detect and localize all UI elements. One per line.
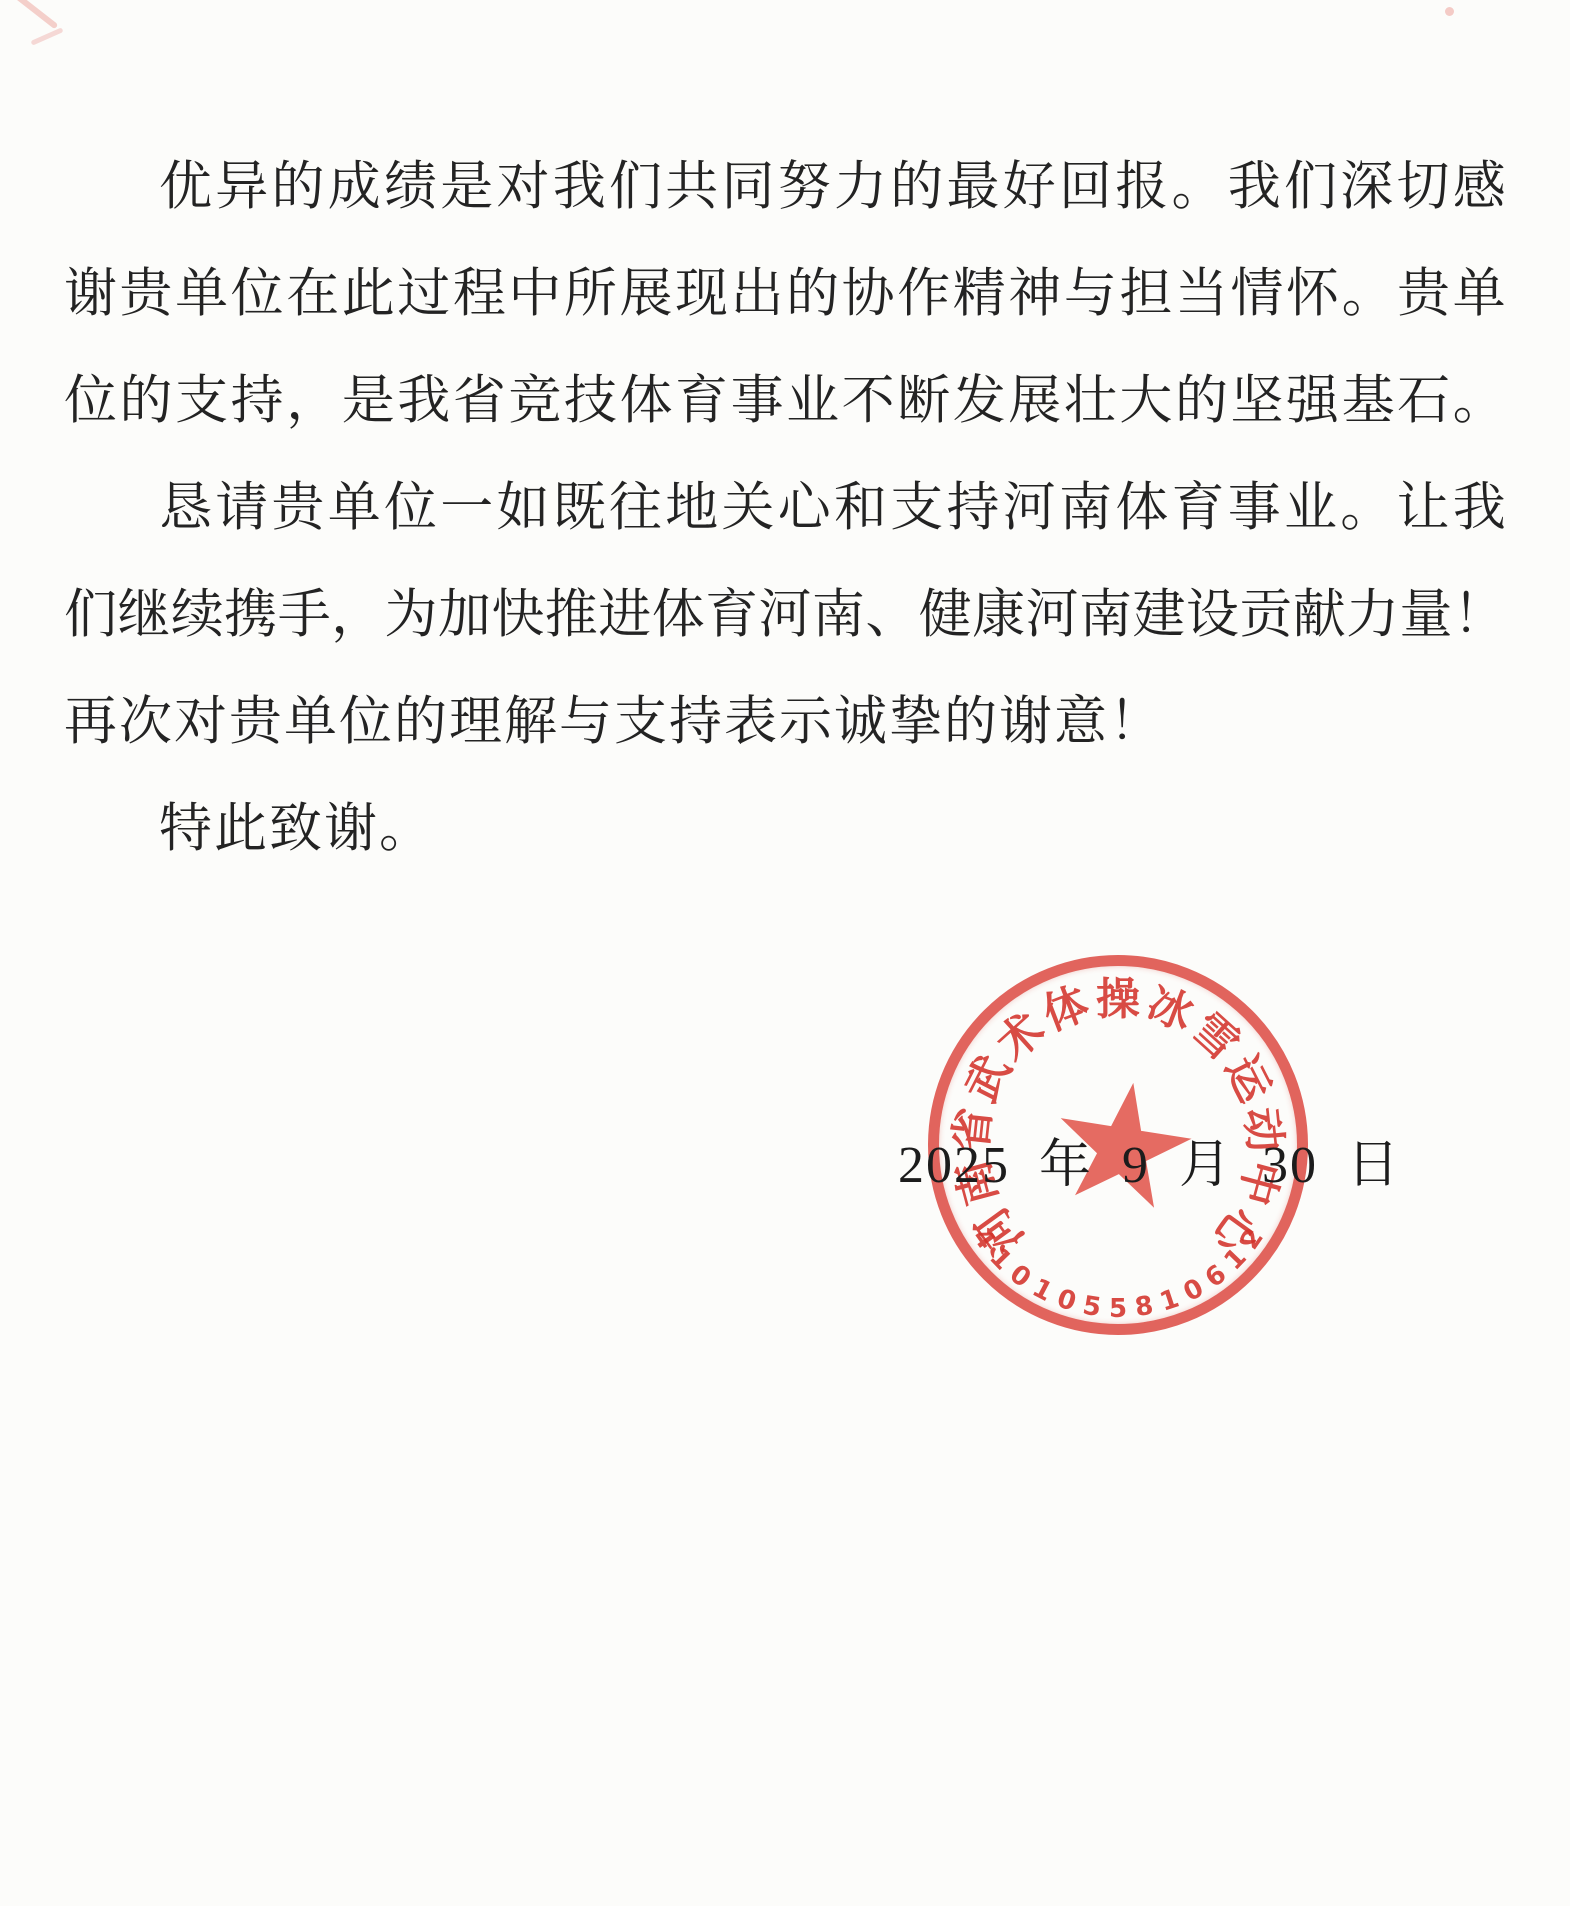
letter-line: 特此致谢。 (64, 776, 1506, 883)
letter-line: 再次对贵单位的理解与支持表示诚挚的谢意！ (64, 669, 1506, 776)
date: 2025 年 9 月 30 日 (898, 1122, 1401, 1197)
scan-artifact (14, 0, 59, 29)
letter-body: 优异的成绩是对我们共同努力的最好回报。我们深切感 谢贵单位在此过程中所展现出的协… (64, 134, 1506, 883)
letter-line: 位的支持，是我省竞技体育事业不断发展壮大的坚强基石。 (64, 348, 1506, 455)
scanned-letter-page: 优异的成绩是对我们共同努力的最好回报。我们深切感 谢贵单位在此过程中所展现出的协… (0, 0, 1570, 1906)
letter-line: 恳请贵单位一如既往地关心和支持河南体育事业。让我 (64, 455, 1506, 562)
letter-line: 们继续携手，为加快推进体育河南、健康河南建设贡献力量！ (64, 562, 1506, 669)
letter-line: 优异的成绩是对我们共同努力的最好回报。我们深切感 (64, 134, 1506, 241)
scan-artifact (1445, 7, 1454, 16)
letter-line: 谢贵单位在此过程中所展现出的协作精神与担当情怀。贵单 (64, 241, 1506, 348)
scan-artifact (30, 27, 63, 45)
